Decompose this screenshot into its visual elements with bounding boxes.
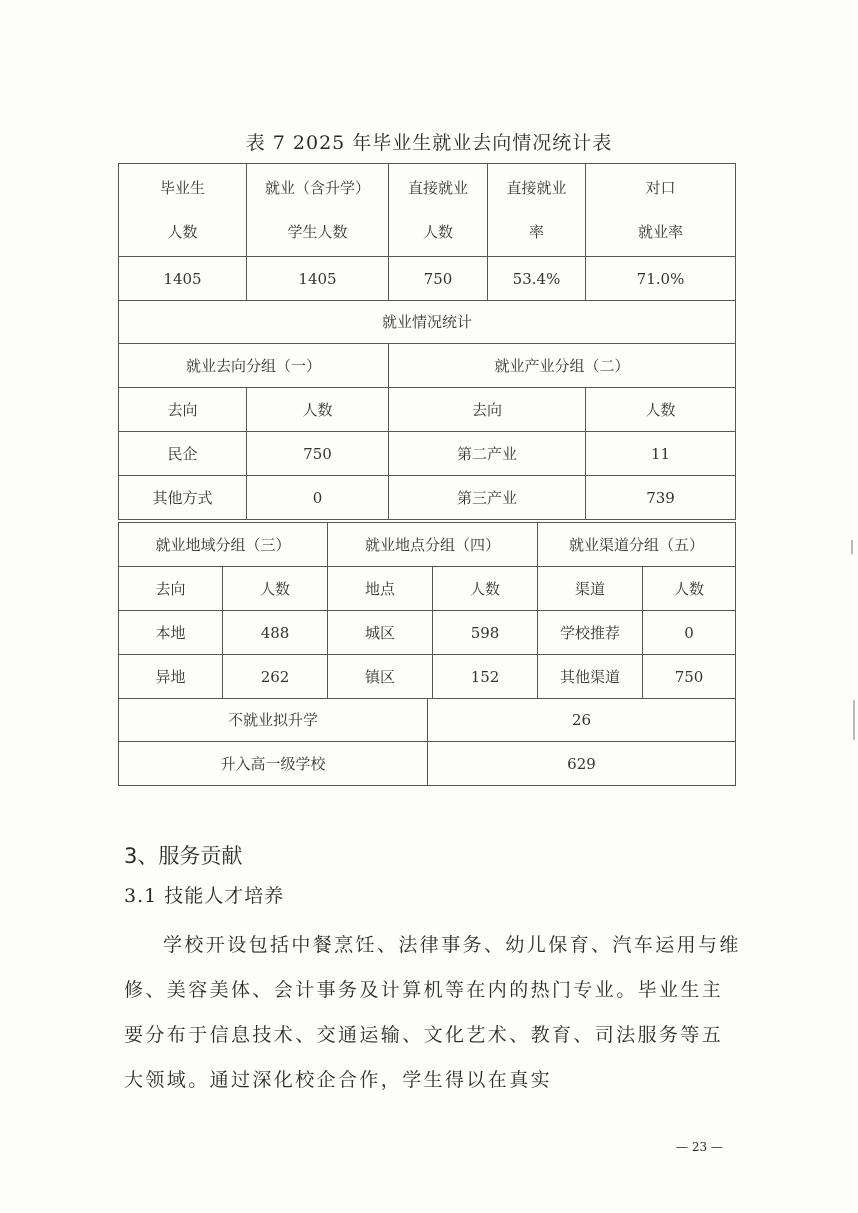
col-header: 去向: [389, 388, 586, 432]
header-cell: 直接就业人数: [389, 164, 488, 257]
groups-1-2-table: 就业情况统计 就业去向分组（一） 就业产业分组（二） 去向 人数 去向 人数 民…: [118, 300, 736, 520]
table-caption: 表 7 2025 年毕业生就业去向情况统计表: [0, 128, 858, 155]
col-header: 去向: [119, 388, 247, 432]
group5-title: 就业渠道分组（五）: [538, 523, 736, 567]
cell: 629: [428, 742, 736, 786]
cell: 750: [643, 655, 736, 699]
cell: 学校推荐: [538, 611, 643, 655]
cell: 异地: [119, 655, 223, 699]
col-header: 人数: [586, 388, 736, 432]
cell: 本地: [119, 611, 223, 655]
table-row: 不就业拟升学 26: [119, 698, 736, 742]
groups-3-5-table: 就业地域分组（三） 就业地点分组（四） 就业渠道分组（五） 去向 人数 地点 人…: [118, 522, 736, 699]
cell: 26: [428, 698, 736, 742]
cell: 750: [247, 432, 389, 476]
cell: 262: [223, 655, 328, 699]
value-cell: 53.4%: [488, 257, 586, 301]
col-header: 去向: [119, 567, 223, 611]
cell: 不就业拟升学: [119, 698, 428, 742]
footer-table: 不就业拟升学 26 升入高一级学校 629: [118, 698, 736, 786]
cell: 739: [586, 476, 736, 520]
cell: 升入高一级学校: [119, 742, 428, 786]
cell: 其他方式: [119, 476, 247, 520]
value-cell: 750: [389, 257, 488, 301]
cell: 598: [433, 611, 538, 655]
cell: 镇区: [328, 655, 433, 699]
col-header: 人数: [643, 567, 736, 611]
header-cell: 对口就业率: [586, 164, 736, 257]
summary-table: 毕业生人数 就业（含升学）学生人数 直接就业人数 直接就业率 对口就业率 140…: [118, 163, 736, 301]
page-number: — 23 —: [676, 1140, 723, 1154]
summary-header-row: 毕业生人数 就业（含升学）学生人数 直接就业人数 直接就业率 对口就业率: [119, 164, 736, 257]
table-row: 升入高一级学校 629: [119, 742, 736, 786]
group1-title: 就业去向分组（一）: [119, 344, 389, 388]
group3-title: 就业地域分组（三）: [119, 523, 328, 567]
value-cell: 1405: [247, 257, 389, 301]
value-cell: 71.0%: [586, 257, 736, 301]
cell: 488: [223, 611, 328, 655]
cell: 0: [247, 476, 389, 520]
cell: 11: [586, 432, 736, 476]
section-heading: 3、服务贡献: [124, 840, 242, 870]
cell: 第二产业: [389, 432, 586, 476]
table-row: 异地 262 镇区 152 其他渠道 750: [119, 655, 736, 699]
table-row: 其他方式 0 第三产业 739: [119, 476, 736, 520]
body-paragraph: 学校开设包括中餐烹饪、法律事务、幼儿保育、汽车运用与维修、美容美体、会计事务及计…: [124, 923, 744, 1103]
table-row: 本地 488 城区 598 学校推荐 0: [119, 611, 736, 655]
cell: 第三产业: [389, 476, 586, 520]
col-header: 渠道: [538, 567, 643, 611]
cell: 城区: [328, 611, 433, 655]
table-row: 民企 750 第二产业 11: [119, 432, 736, 476]
cell: 0: [643, 611, 736, 655]
scan-mark: [853, 700, 855, 740]
col-header: 人数: [223, 567, 328, 611]
cell: 民企: [119, 432, 247, 476]
header-cell: 毕业生人数: [119, 164, 247, 257]
scan-mark: [851, 540, 853, 554]
group2-title: 就业产业分组（二）: [389, 344, 736, 388]
stats-title: 就业情况统计: [119, 300, 736, 344]
header-cell: 就业（含升学）学生人数: [247, 164, 389, 257]
cell: 其他渠道: [538, 655, 643, 699]
col-header: 人数: [247, 388, 389, 432]
col-header: 人数: [433, 567, 538, 611]
subsection-heading: 3.1 技能人才培养: [124, 881, 284, 908]
cell: 152: [433, 655, 538, 699]
value-cell: 1405: [119, 257, 247, 301]
header-cell: 直接就业率: [488, 164, 586, 257]
group4-title: 就业地点分组（四）: [328, 523, 538, 567]
summary-value-row: 1405 1405 750 53.4% 71.0%: [119, 257, 736, 301]
col-header: 地点: [328, 567, 433, 611]
